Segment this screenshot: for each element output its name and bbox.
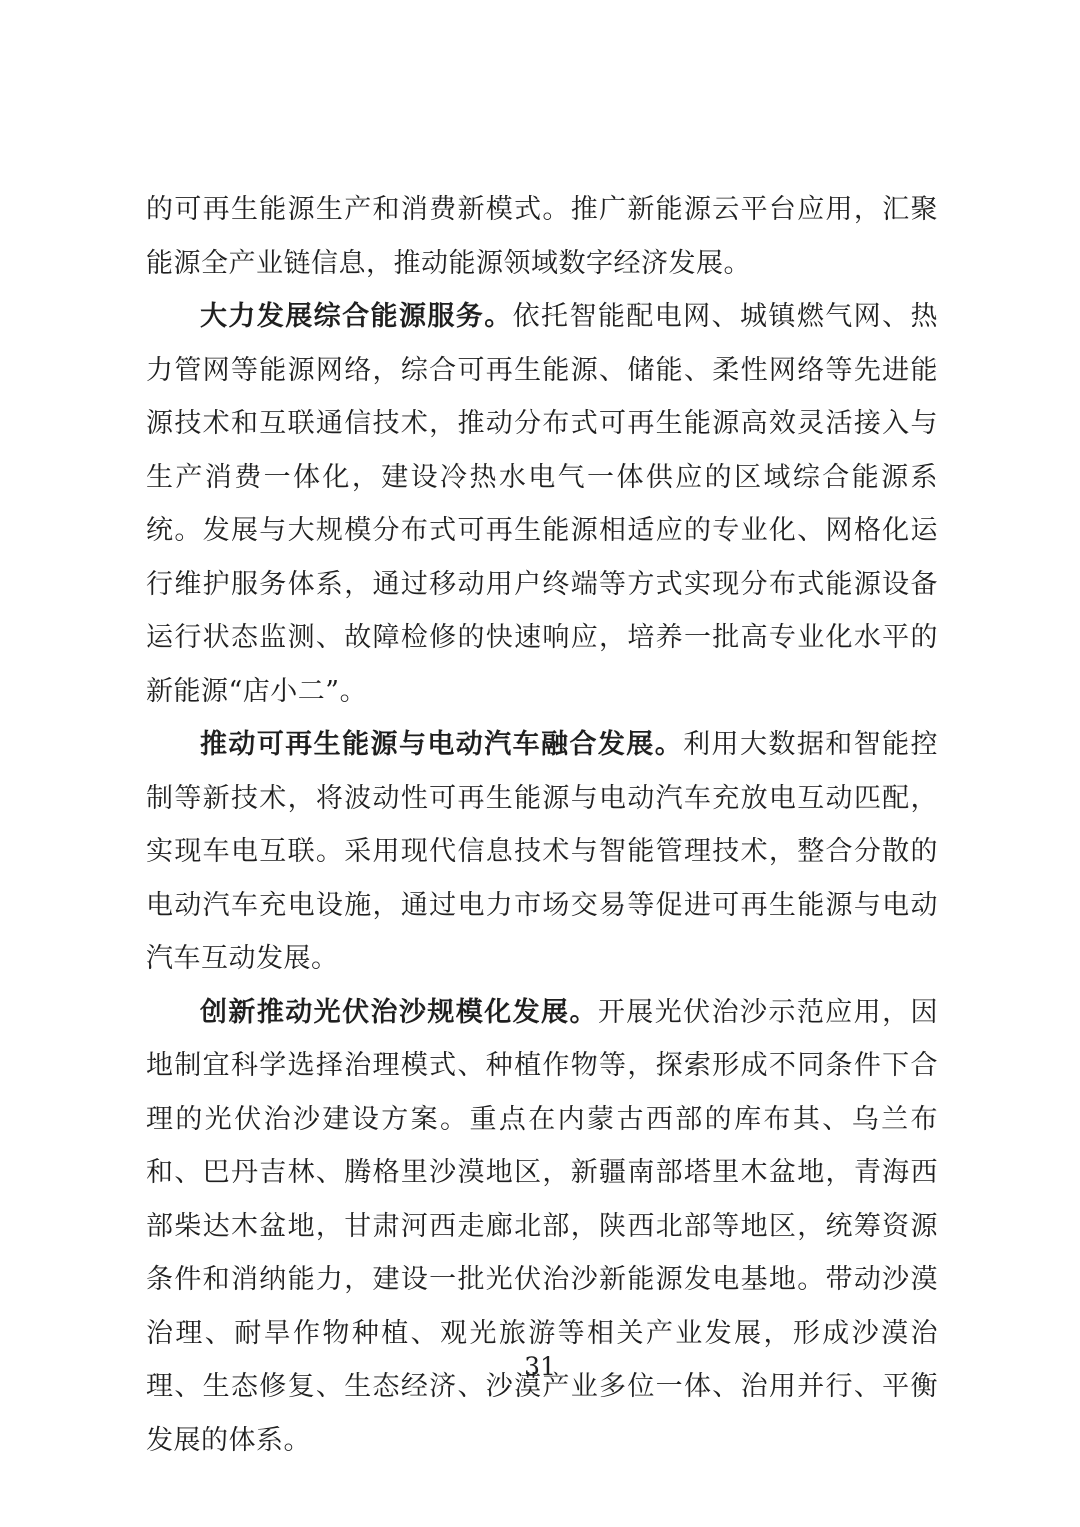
paragraph-text: 依托智能配电网、城镇燃气网、热力管网等能源网络，综合可再生能源、储能、柔性网络等… [146,301,938,707]
paragraph-text: 的可再生能源生产和消费新模式。推广新能源云平台应用，汇聚能源全产业链信息，推动能… [146,194,938,279]
paragraph-integrated-energy-services: 大力发展综合能源服务。依托智能配电网、城镇燃气网、热力管网等能源网络，综合可再生… [146,290,938,718]
document-page: 的可再生能源生产和消费新模式。推广新能源云平台应用，汇聚能源全产业链信息，推动能… [0,0,1080,1527]
paragraph-ev-integration: 推动可再生能源与电动汽车融合发展。利用大数据和智能控制等新技术，将波动性可再生能… [146,718,938,986]
paragraph-continuation: 的可再生能源生产和消费新模式。推广新能源云平台应用，汇聚能源全产业链信息，推动能… [146,183,938,290]
paragraph-text: 利用大数据和智能控制等新技术，将波动性可再生能源与电动汽车充放电互动匹配，实现车… [146,729,938,974]
paragraph-pv-desert-control: 创新推动光伏治沙规模化发展。开展光伏治沙示范应用，因地制宜科学选择治理模式、种植… [146,986,938,1468]
page-number: 31 [0,1352,1080,1381]
document-body: 的可再生能源生产和消费新模式。推广新能源云平台应用，汇聚能源全产业链信息，推动能… [146,183,938,1467]
paragraph-text: 开展光伏治沙示范应用，因地制宜科学选择治理模式、种植作物等，探索形成不同条件下合… [146,997,938,1456]
paragraph-lead: 创新推动光伏治沙规模化发展。 [200,997,598,1028]
paragraph-lead: 大力发展综合能源服务。 [200,301,513,332]
paragraph-lead: 推动可再生能源与电动汽车融合发展。 [200,729,683,760]
